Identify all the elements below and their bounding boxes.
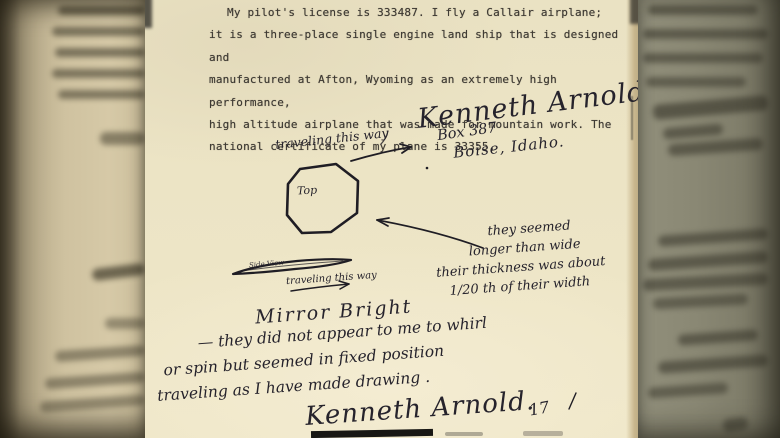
annotation-size-note: they seemed longer than wide their thick… bbox=[433, 214, 607, 302]
edge-smudge bbox=[145, 0, 152, 28]
blur-stroke bbox=[643, 273, 768, 292]
background-blur-right bbox=[638, 0, 780, 438]
blur-stroke bbox=[648, 382, 729, 399]
blur-stroke bbox=[643, 29, 768, 39]
faint-mark bbox=[445, 432, 483, 436]
blur-stroke bbox=[648, 251, 769, 271]
pen-mark bbox=[569, 393, 576, 409]
pointer-arrow-head bbox=[377, 218, 389, 226]
blur-stroke bbox=[668, 138, 764, 157]
blur-stroke bbox=[643, 53, 763, 63]
document-photo: My pilot's license is 333487. I fly a Ca… bbox=[0, 0, 780, 438]
annotation-traveling-side: traveling this way bbox=[286, 270, 377, 287]
page-number: 17 bbox=[528, 397, 551, 419]
blur-stroke bbox=[45, 372, 146, 390]
blur-stroke bbox=[52, 27, 145, 36]
blur-stroke bbox=[58, 6, 145, 15]
blur-stroke bbox=[653, 95, 769, 120]
blur-stroke bbox=[678, 329, 759, 346]
blur-stroke bbox=[55, 48, 145, 57]
blur-stroke bbox=[91, 263, 145, 281]
typed-line: My pilot's license is 333487. I fly a Ca… bbox=[227, 2, 619, 24]
blur-stroke bbox=[658, 228, 768, 247]
blur-stroke bbox=[653, 294, 748, 310]
faint-mark bbox=[523, 431, 563, 436]
letter-page: My pilot's license is 333487. I fly a Ca… bbox=[145, 0, 638, 438]
blur-stroke bbox=[58, 90, 145, 99]
top-view-outline bbox=[287, 164, 358, 233]
blur-stroke bbox=[100, 132, 145, 145]
blur-stroke bbox=[105, 318, 145, 329]
blur-stroke bbox=[663, 123, 724, 139]
blur-stroke bbox=[40, 394, 146, 412]
blur-stroke bbox=[722, 416, 749, 432]
redaction-bar bbox=[311, 429, 433, 438]
annotation-side-view-label: Side View bbox=[249, 258, 285, 269]
blur-stroke bbox=[55, 345, 146, 362]
blur-stroke bbox=[648, 5, 758, 15]
paper-edge bbox=[626, 0, 638, 438]
background-blur-left bbox=[0, 0, 145, 438]
edge-smudge bbox=[630, 0, 638, 24]
typed-line: it is a three-place single engine land s… bbox=[209, 24, 619, 69]
blur-stroke bbox=[646, 77, 746, 87]
annotation-top-label: Top bbox=[297, 183, 318, 197]
blur-stroke bbox=[658, 354, 769, 374]
pen-dot bbox=[426, 167, 429, 170]
blur-stroke bbox=[52, 69, 145, 78]
